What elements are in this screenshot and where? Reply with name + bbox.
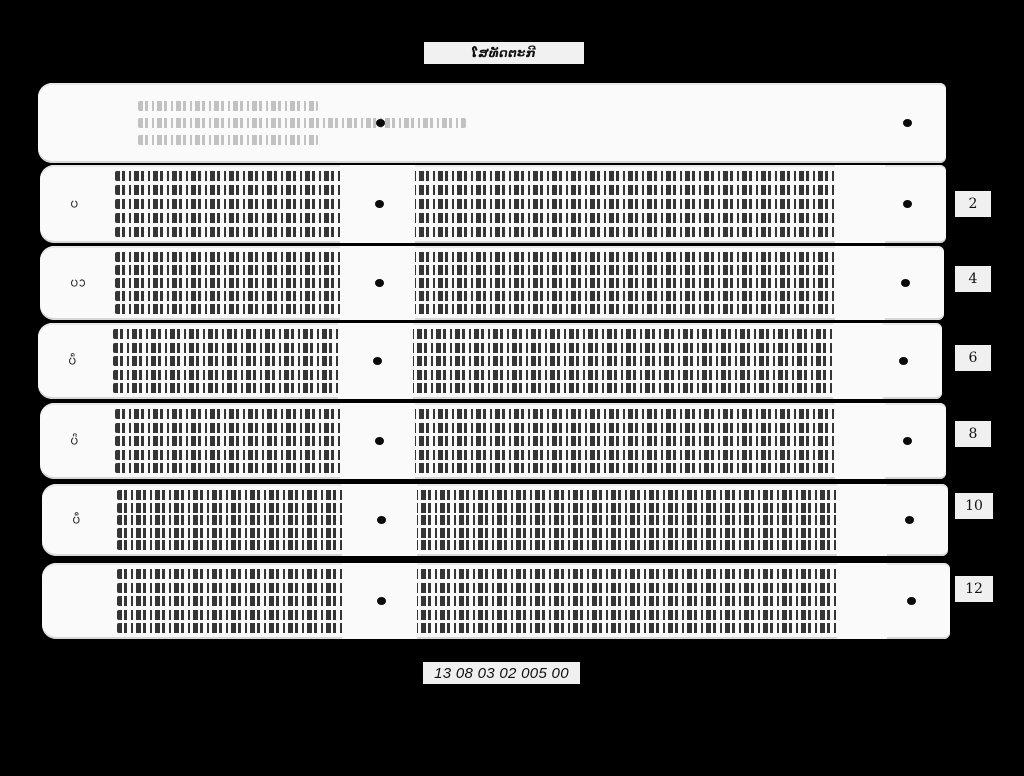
string-hole (375, 200, 384, 208)
palm-leaf (42, 563, 950, 639)
page-number-label: 10 (955, 493, 993, 519)
archive-id-label: 13 08 03 02 005 00 (423, 662, 580, 684)
leaf-text (115, 409, 886, 473)
page-number-label: 4 (955, 266, 991, 292)
string-hole (375, 279, 384, 287)
string-hole (901, 279, 910, 287)
leaf-folio-letter: ᨷ (70, 194, 79, 215)
string-hole (905, 516, 914, 524)
leaf-folio-letter: ᨷᩣ (70, 273, 86, 294)
string-hole (377, 597, 386, 605)
leaf-text (117, 569, 890, 633)
page-number-label: 12 (955, 576, 993, 602)
leaf-text (117, 490, 888, 550)
leaf-text (138, 101, 466, 145)
string-hole (903, 119, 912, 127)
page-number-label: 6 (955, 345, 991, 371)
leaf-folio-letter: ᨷᩦ (70, 431, 79, 452)
string-hole (376, 119, 385, 127)
palm-leaf-cover (38, 83, 946, 163)
string-hole (903, 200, 912, 208)
leaf-folio-letter: ᨷᩧ (72, 510, 81, 531)
palm-leaf: ᨷᩧ (42, 484, 948, 556)
string-hole (375, 437, 384, 445)
palm-leaf: ᨷᩥ (38, 323, 942, 399)
leaf-folio-letter: ᨷᩥ (68, 351, 77, 372)
manuscript-title-label: ໂສທັດຕະກີ (424, 42, 584, 64)
page-number-label: 8 (955, 421, 991, 447)
page-number-label: 2 (955, 191, 991, 217)
palm-leaf: ᨷᩣ (40, 246, 944, 320)
string-hole (907, 597, 916, 605)
palm-leaf: ᨷᩦ (40, 403, 946, 479)
leaf-text (115, 252, 884, 314)
string-hole (373, 357, 382, 365)
palm-leaf: ᨷ (40, 165, 946, 243)
string-hole (899, 357, 908, 365)
string-hole (377, 516, 386, 524)
leaf-text (113, 329, 882, 393)
leaf-text (115, 171, 886, 237)
string-hole (903, 437, 912, 445)
